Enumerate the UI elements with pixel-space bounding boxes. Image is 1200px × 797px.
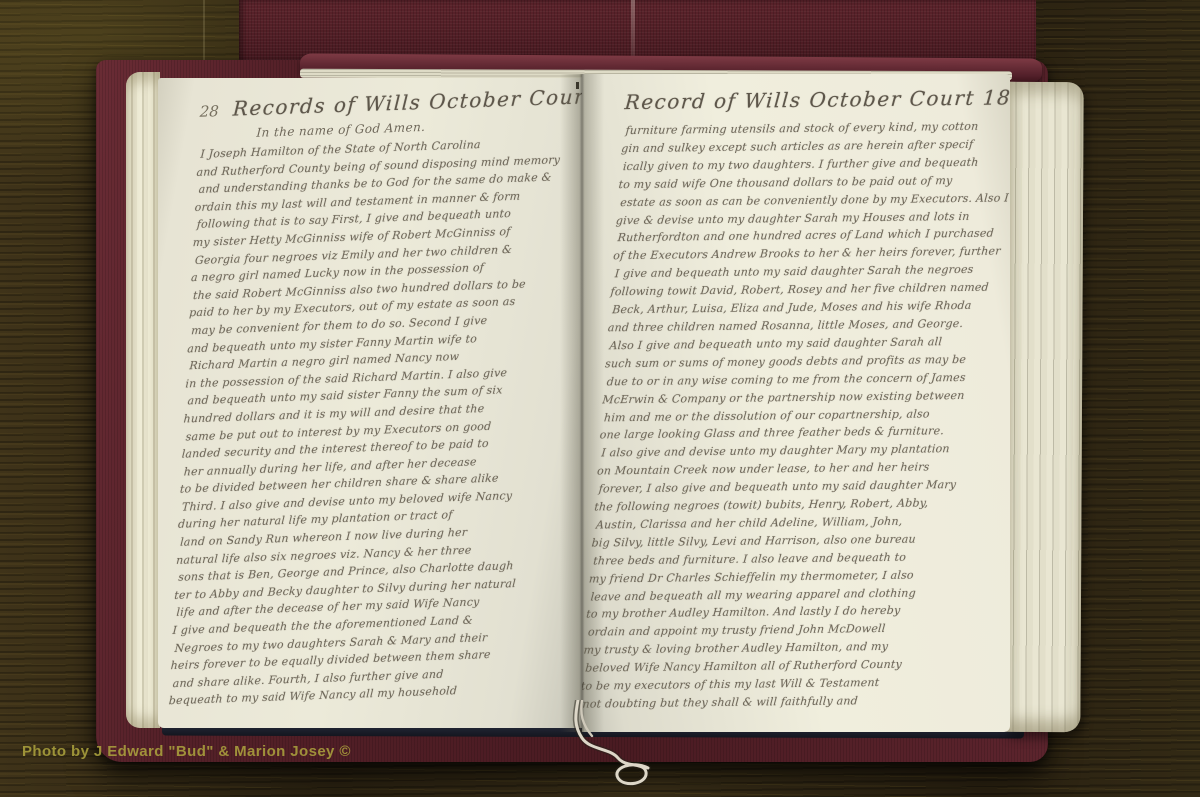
right-page-manuscript: furniture farming utensils and stock of … [582, 117, 1010, 713]
left-page-corner-number: 28 [199, 102, 219, 121]
photographer-watermark: Photo by J Edward "Bud" & Marion Josey © [22, 743, 351, 760]
right-page-content: Record of Wills October Court 1824 29 fu… [582, 74, 1010, 732]
right-page: Record of Wills October Court 1824 29 fu… [582, 74, 1010, 732]
right-page-edge-stack [1006, 82, 1083, 732]
bookmark-string [548, 700, 688, 795]
left-page-edge-stack [126, 72, 160, 728]
left-page-content: 28 Records of Wills October Court 1824 I… [158, 78, 582, 728]
right-page-title: Record of Wills October Court 1824 [624, 85, 1010, 114]
left-page: 28 Records of Wills October Court 1824 I… [158, 78, 582, 728]
spine-notch [576, 82, 579, 89]
photograph-of-will-book: 28 Records of Wills October Court 1824 I… [0, 0, 1200, 797]
left-page-title: Records of Wills October Court 1824 [232, 82, 582, 121]
left-page-manuscript: I Joseph Hamilton of the State of North … [168, 132, 582, 710]
